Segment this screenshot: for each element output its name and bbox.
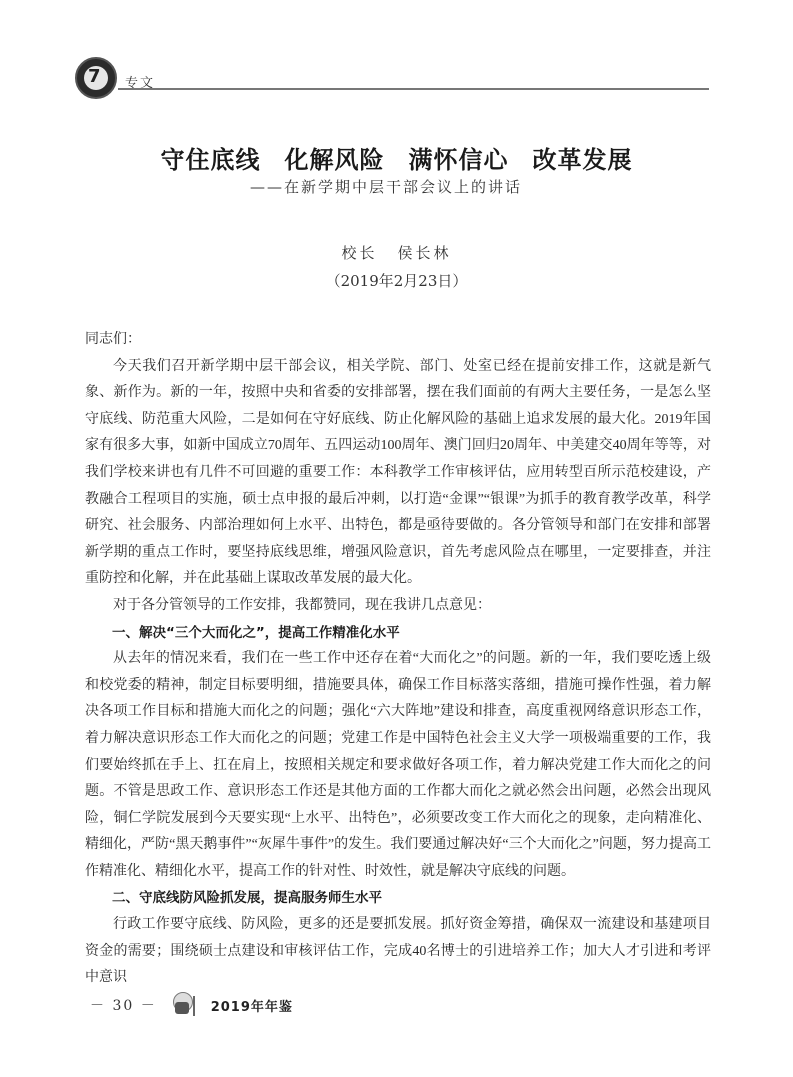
paragraph: 今天我们召开新学期中层干部会议，相关学院、部门、处室已经在提前安排工作，这就是新… — [85, 354, 711, 593]
paragraph: 行政工作要守底线、防风险，更多的还是要抓发展。抓好资金筹措，确保双一流建设和基建… — [85, 912, 711, 992]
title-part: 满怀信心 — [409, 145, 509, 174]
title-part: 化解风险 — [285, 145, 385, 174]
section-heading: 二、守底线防风险抓发展，提高服务师生水平 — [85, 885, 711, 912]
salutation: 同志们： — [85, 327, 711, 354]
author-line: 校长侯长林 — [0, 242, 793, 263]
title-part: 改革发展 — [533, 145, 633, 174]
article-title: 守住底线化解风险满怀信心改革发展 — [0, 140, 793, 175]
paragraph: 从去年的情况来看，我们在一些工作中还存在着“大而化之”的问题。新的一年，我们要吃… — [85, 646, 711, 885]
author-role: 校长 — [341, 244, 377, 262]
article-subtitle: ——在新学期中层干部会议上的讲话 — [250, 176, 522, 197]
page-footer: － 30 － 2019年年鉴 — [90, 992, 293, 1018]
publication-name: 2019年年鉴 — [211, 996, 293, 1015]
paragraph: 对于各分管领导的工作安排，我都赞同，现在我讲几点意见： — [85, 593, 711, 620]
speech-date: （2019年2月23日） — [0, 270, 793, 291]
page-number: － 30 － — [90, 995, 157, 1015]
author-name: 侯长林 — [398, 244, 452, 262]
university-emblem-icon: 7 — [75, 57, 117, 99]
title-part: 守住底线 — [161, 145, 261, 174]
header-divider — [118, 88, 709, 90]
article-body: 同志们： 今天我们召开新学期中层干部会议，相关学院、部门、处室已经在提前安排工作… — [85, 327, 711, 992]
section-heading: 一、解决“三个大而化之”，提高工作精准化水平 — [85, 620, 711, 647]
yearbook-mascot-icon — [171, 992, 205, 1018]
